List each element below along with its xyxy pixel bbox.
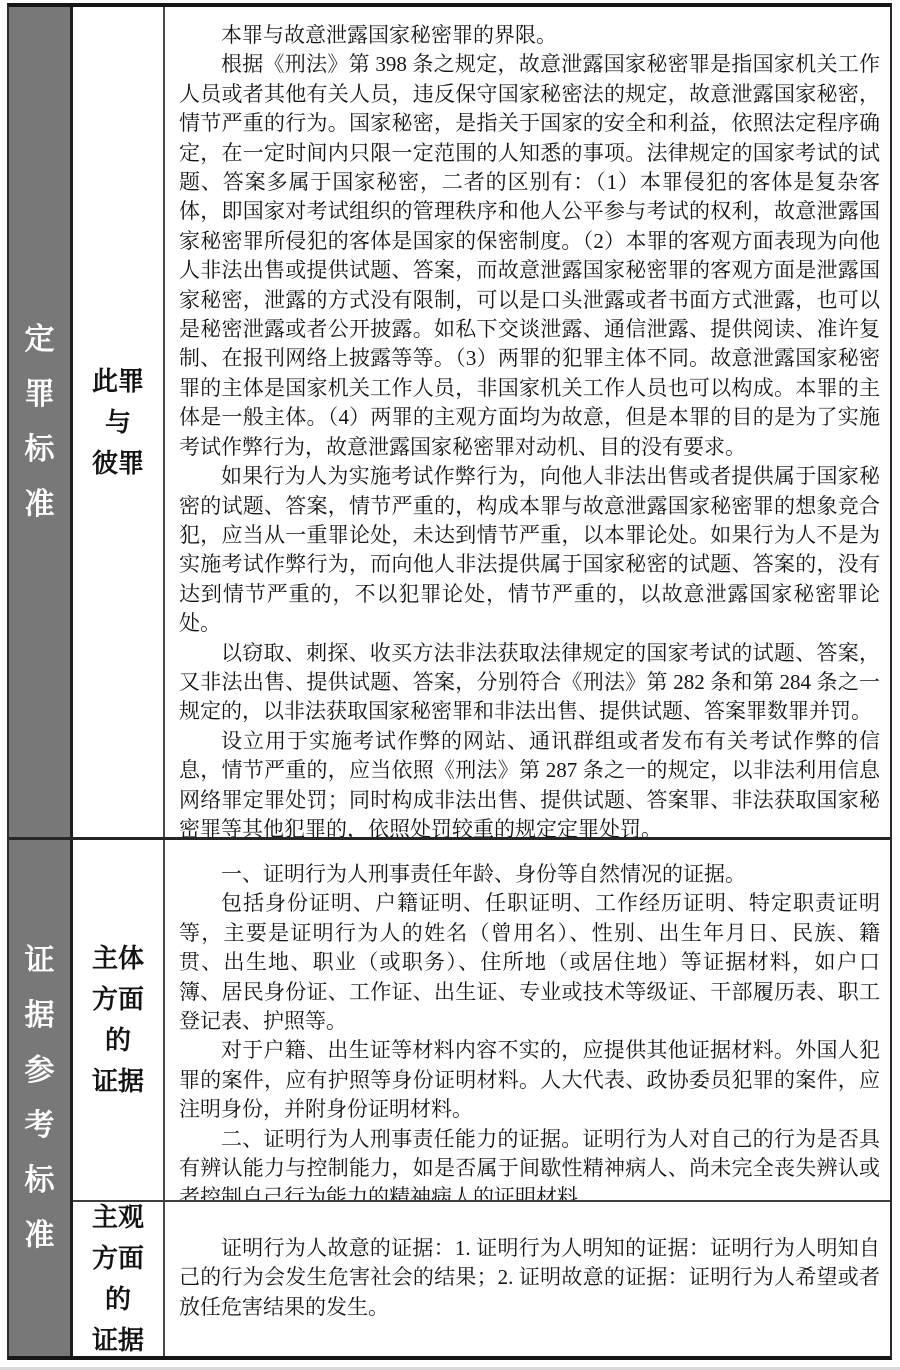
cell-header-subjective-evidence: 主观 方面 的 证据 [73, 1202, 165, 1356]
evidence-rows: 主体 方面 的 证据 一、证明行为人刑事责任年龄、身份等自然情况的证据。 包括身… [73, 840, 890, 1356]
row-header-conviction-standard: 定罪标准 [9, 7, 73, 837]
row-subjective-evidence: 主观 方面 的 证据 证明行为人故意的证据：1. 证明行为人明知的证据：证明行为… [73, 1202, 890, 1356]
label-line: 与 [92, 402, 144, 443]
cell-header-label: 主体 方面 的 证据 [92, 938, 144, 1102]
paragraph: 对于户籍、出生证等材料内容不实的，应提供其他证据材料。外国人犯罪的案件，应有护照… [179, 1036, 880, 1124]
row-header-evidence-reference-standard: 证据参考标准 [9, 840, 73, 1356]
paragraph: 一、证明行为人刑事责任年龄、身份等自然情况的证据。 [179, 860, 880, 889]
cell-body-this-vs-that-crime: 本罪与故意泄露国家秘密罪的界限。 根据《刑法》第 398 条之规定，故意泄露国家… [165, 7, 890, 837]
section-conviction-standard: 定罪标准 此罪 与 彼罪 本罪与故意泄露国家秘密罪的界限。 根据《刑法》第 39… [9, 7, 890, 837]
paragraph: 以窃取、刺探、收买方法非法获取法律规定的国家考试的试题、答案，又非法出售、提供试… [179, 639, 880, 727]
paragraph: 本罪与故意泄露国家秘密罪的界限。 [179, 21, 880, 50]
cell-header-label: 此罪 与 彼罪 [92, 361, 144, 484]
row-header-label: 证据参考标准 [23, 933, 57, 1263]
label-line: 的 [92, 1279, 144, 1320]
cell-header-label: 主观 方面 的 证据 [92, 1197, 144, 1361]
label-line: 主体 [92, 938, 144, 979]
paragraph: 证明行为人故意的证据：1. 证明行为人明知的证据：证明行为人明知自己的行为会发生… [179, 1234, 880, 1322]
row-header-label: 定罪标准 [23, 312, 57, 532]
label-line: 主观 [92, 1197, 144, 1238]
cell-body-subject-evidence: 一、证明行为人刑事责任年龄、身份等自然情况的证据。 包括身份证明、户籍证明、任职… [165, 840, 890, 1200]
label-line: 的 [92, 1020, 144, 1061]
section-evidence-reference-standard: 证据参考标准 主体 方面 的 证据 一、证明行为人刑事责任年龄、身份等自然情况的… [9, 840, 890, 1356]
cell-header-this-vs-that-crime: 此罪 与 彼罪 [73, 7, 165, 837]
label-line: 方面 [92, 1238, 144, 1279]
label-line: 证据 [92, 1061, 144, 1102]
label-line: 方面 [92, 979, 144, 1020]
cell-header-subject-evidence: 主体 方面 的 证据 [73, 840, 165, 1200]
row-subject-evidence: 主体 方面 的 证据 一、证明行为人刑事责任年龄、身份等自然情况的证据。 包括身… [73, 840, 890, 1200]
cell-body-subjective-evidence: 证明行为人故意的证据：1. 证明行为人明知的证据：证明行为人明知自己的行为会发生… [165, 1202, 890, 1356]
paragraph: 二、证明行为人刑事责任能力的证据。证明行为人对自己的行为是否具有辨认能力与控制能… [179, 1125, 880, 1200]
paragraph: 设立用于实施考试作弊的网站、通讯群组或者发布有关考试作弊的信息，情节严重的，应当… [179, 727, 880, 837]
paragraph: 根据《刑法》第 398 条之规定，故意泄露国家秘密罪是指国家机关工作人员或者其他… [179, 50, 880, 462]
legal-standards-table: 定罪标准 此罪 与 彼罪 本罪与故意泄露国家秘密罪的界限。 根据《刑法》第 39… [7, 3, 892, 1360]
paragraph: 如果行为人为实施考试作弊行为，向他人非法出售或者提供属于国家秘密的试题、答案，情… [179, 462, 880, 638]
label-line: 此罪 [92, 361, 144, 402]
paragraph: 包括身份证明、户籍证明、任职证明、工作经历证明、特定职责证明等，主要是证明行为人… [179, 889, 880, 1036]
scanned-page: 定罪标准 此罪 与 彼罪 本罪与故意泄露国家秘密罪的界限。 根据《刑法》第 39… [0, 0, 900, 1370]
label-line: 证据 [92, 1320, 144, 1361]
label-line: 彼罪 [92, 443, 144, 484]
